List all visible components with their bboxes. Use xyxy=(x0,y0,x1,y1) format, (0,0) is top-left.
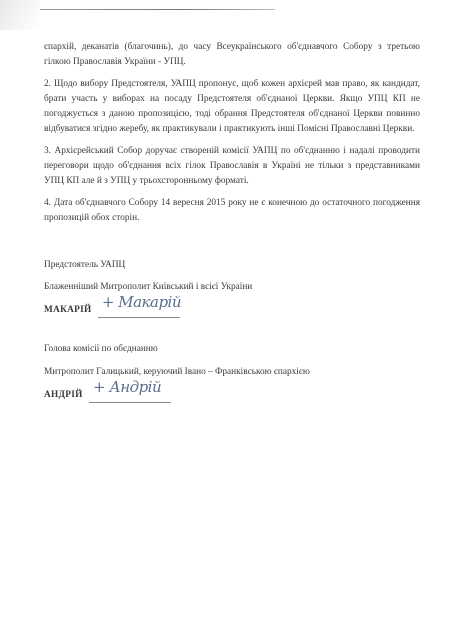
signatory-block-2: Голова комісії по обєднанню Митрополит Г… xyxy=(44,342,420,402)
signatory-name: МАКАРІЙ xyxy=(44,303,92,318)
signatory-name-line: АНДРІЙ + Андрій xyxy=(44,388,420,403)
handwritten-signature: + Макарій xyxy=(102,295,181,310)
signatory-role: Предстоятель УАПЦ xyxy=(44,258,420,273)
paragraph-3: 3. Архієрейський Собор доручає створеній… xyxy=(44,144,420,188)
signatory-name-line: МАКАРІЙ + Макарій xyxy=(44,303,420,318)
signatory-role: Голова комісії по обєднанню xyxy=(44,342,420,357)
signatory-block-1: Предстоятель УАПЦ Блаженніший Митрополит… xyxy=(44,258,420,318)
spacer xyxy=(44,234,420,258)
signatory-title: Блаженніший Митрополит Київський і всієї… xyxy=(44,280,420,295)
signatory-name: АНДРІЙ xyxy=(44,388,83,403)
signature-line: + Андрій xyxy=(89,388,171,403)
signature-line: + Макарій xyxy=(98,303,180,318)
document-page: єпархій, деканатів (благочинь), до часу … xyxy=(44,40,420,411)
header-rule xyxy=(40,9,275,10)
paragraph-4: 4. Дата об'єднавчого Собору 14 вересня 2… xyxy=(44,196,420,225)
paragraph-2: 2. Щодо вибору Предстоятеля, УАПЦ пропон… xyxy=(44,77,420,136)
continuation-paragraph: єпархій, деканатів (благочинь), до часу … xyxy=(44,40,420,69)
spacer xyxy=(44,326,420,342)
scan-shadow xyxy=(0,0,40,30)
handwritten-signature: + Андрій xyxy=(93,380,161,395)
